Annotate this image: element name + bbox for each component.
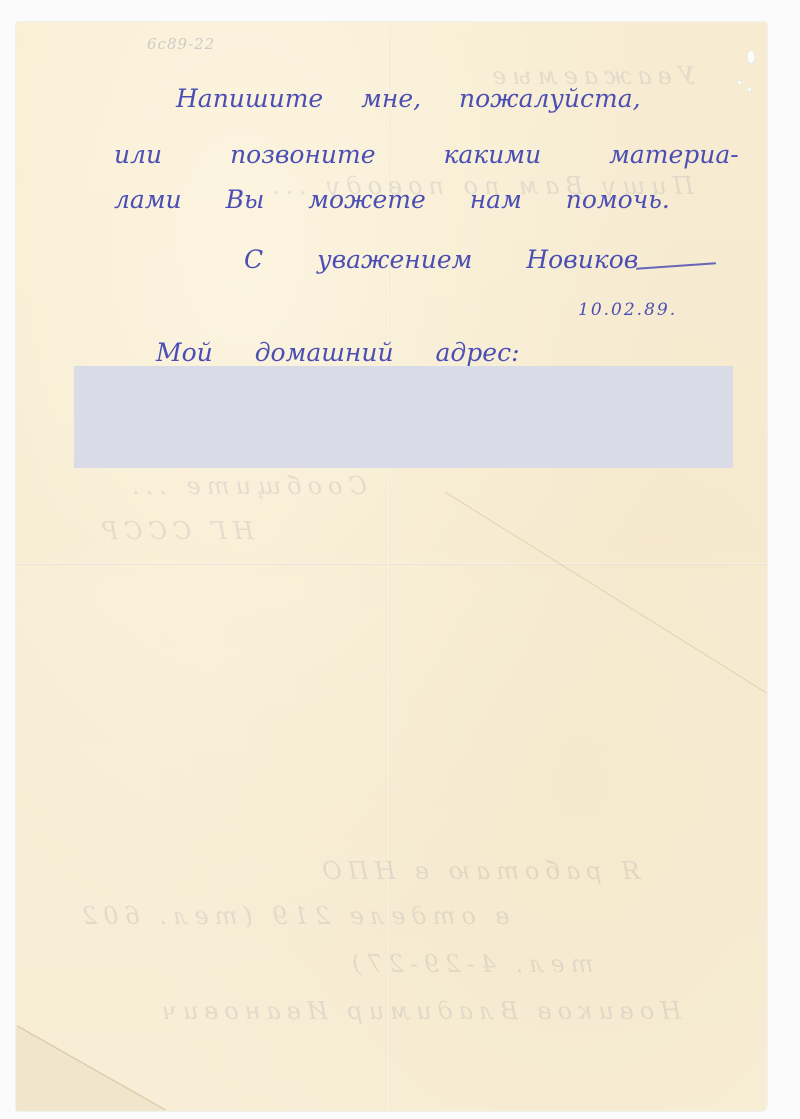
letter-line-2: или позвоните какими материа- xyxy=(114,142,739,167)
reference-mark: 6с89-22 xyxy=(147,35,215,53)
punch-hole-icon xyxy=(747,50,755,64)
bleed-through-text: Сообщите ... xyxy=(126,472,367,500)
bleed-through-text: Новиков Владимир Иванович xyxy=(156,997,681,1025)
punch-hole-icon xyxy=(737,80,742,85)
diagonal-crease xyxy=(445,492,767,715)
punch-hole-icon xyxy=(747,87,752,92)
letter-line-3: лами Вы можете нам помочь. xyxy=(114,187,670,212)
folded-corner xyxy=(16,1026,166,1111)
bleed-through-text: тел. 4-29-27) xyxy=(346,950,593,978)
signature-flourish xyxy=(636,262,716,270)
letter-paper: Уважаемые Пишу Вам по поводу ... Сообщит… xyxy=(16,22,767,1111)
bleed-through-text: Я работаю в НПО xyxy=(316,857,641,885)
letter-line-1: Напишите мне, пожалуйста, xyxy=(176,86,641,111)
signature: Новиков xyxy=(526,245,638,274)
address-label: Мой домашний адрес: xyxy=(156,340,520,365)
closing-and-signature: С уважением Новиков xyxy=(244,247,638,272)
closing-text: С уважением xyxy=(244,245,472,274)
bleed-through-text: НГ СССР xyxy=(96,517,254,545)
scanned-page: Уважаемые Пишу Вам по поводу ... Сообщит… xyxy=(0,0,800,1119)
horizontal-fold-crease xyxy=(16,563,767,565)
address-redaction-box xyxy=(74,366,733,468)
letter-date: 10.02.89. xyxy=(578,302,677,319)
bleed-through-text: в отделе 219 (тел. 602 xyxy=(76,902,509,930)
